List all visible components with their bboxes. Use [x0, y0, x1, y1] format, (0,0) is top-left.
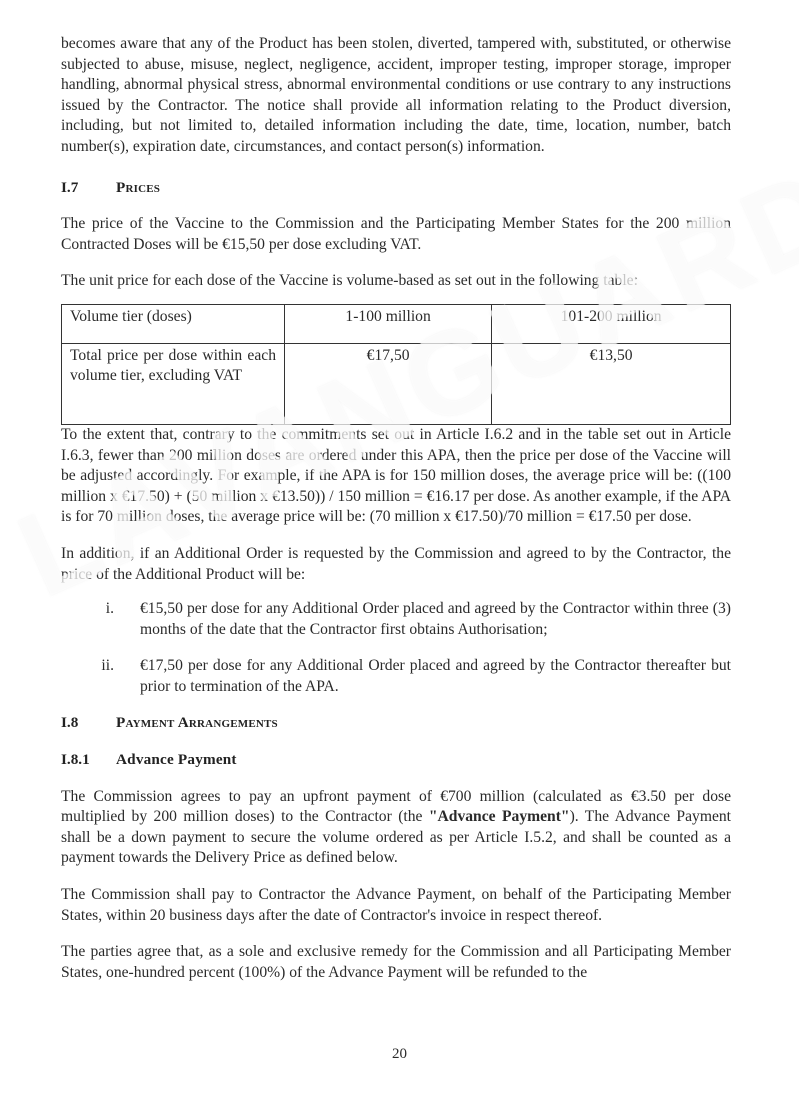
- list-item-text: €15,50 per dose for any Additional Order…: [140, 599, 731, 640]
- intro-paragraph: becomes aware that any of the Product ha…: [61, 34, 731, 158]
- section-title: Payment Arrangements: [116, 713, 278, 734]
- prices-paragraph-3: To the extent that, contrary to the comm…: [61, 425, 731, 528]
- advance-payment-paragraph-1: The Commission agrees to pay an upfront …: [61, 787, 731, 869]
- table-cell: Total price per dose within each volume …: [62, 343, 285, 424]
- table-cell: €17,50: [285, 343, 492, 424]
- section-heading-prices: I.7 Prices: [61, 178, 731, 199]
- subsection-heading-advance-payment: I.8.1 Advance Payment: [61, 750, 731, 771]
- additional-order-price-list: i. €15,50 per dose for any Additional Or…: [61, 599, 731, 697]
- subsection-title: Advance Payment: [116, 750, 237, 771]
- table-row: Total price per dose within each volume …: [62, 343, 731, 424]
- section-number: I.7: [61, 178, 116, 199]
- document-page: becomes aware that any of the Product ha…: [61, 34, 731, 983]
- table-header-row: Volume tier (doses) 1-100 million 101-20…: [62, 304, 731, 343]
- prices-paragraph-4: In addition, if an Additional Order is r…: [61, 544, 731, 585]
- prices-paragraph-2: The unit price for each dose of the Vacc…: [61, 271, 731, 292]
- section-number: I.8: [61, 713, 116, 734]
- list-item: i. €15,50 per dose for any Additional Or…: [61, 599, 731, 640]
- list-marker: i.: [61, 599, 140, 640]
- table-cell: €13,50: [492, 343, 731, 424]
- prices-paragraph-1: The price of the Vaccine to the Commissi…: [61, 214, 731, 255]
- section-heading-payment-arrangements: I.8 Payment Arrangements: [61, 713, 731, 734]
- table-header-cell: 1-100 million: [285, 304, 492, 343]
- subsection-number: I.8.1: [61, 750, 116, 771]
- advance-payment-paragraph-2: The Commission shall pay to Contractor t…: [61, 885, 731, 926]
- list-item: ii. €17,50 per dose for any Additional O…: [61, 656, 731, 697]
- list-marker: ii.: [61, 656, 140, 697]
- advance-payment-paragraph-3: The parties agree that, as a sole and ex…: [61, 942, 731, 983]
- list-item-text: €17,50 per dose for any Additional Order…: [140, 656, 731, 697]
- table-header-cell: Volume tier (doses): [62, 304, 285, 343]
- table-header-cell: 101-200 million: [492, 304, 731, 343]
- section-title: Prices: [116, 178, 160, 199]
- volume-price-table: Volume tier (doses) 1-100 million 101-20…: [61, 304, 731, 425]
- defined-term: "Advance Payment": [429, 808, 570, 825]
- page-number: 20: [0, 1046, 799, 1063]
